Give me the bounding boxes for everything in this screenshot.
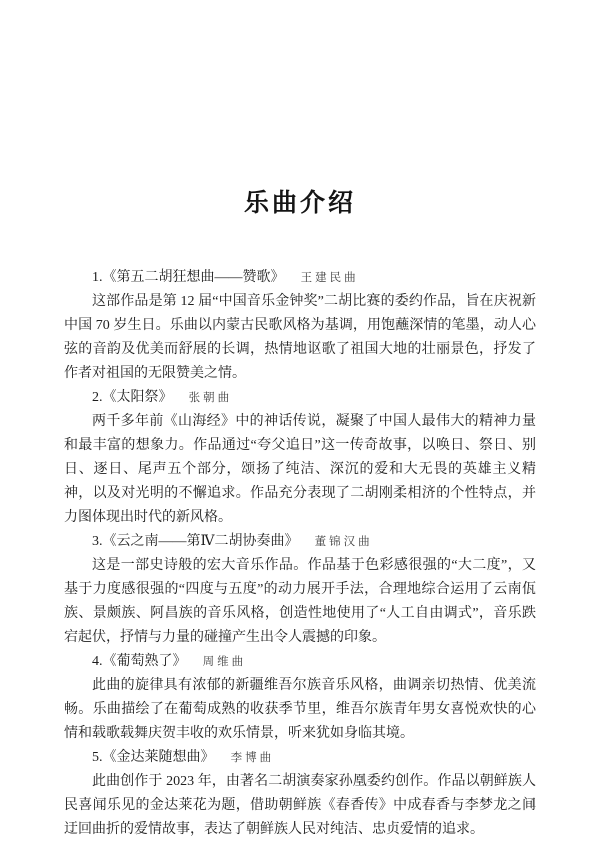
section-2: 2.《太阳祭》张朝曲 两千多年前《山海经》中的神话传说，凝聚了中国人最伟大的精神…: [64, 386, 536, 530]
section-1: 1.《第五二胡狂想曲——赞歌》王建民曲 这部作品是第 12 届“中国音乐金钟奖”…: [64, 266, 536, 386]
section-heading-line: 1.《第五二胡狂想曲——赞歌》王建民曲: [64, 266, 536, 290]
composer-credit: 周维曲: [203, 656, 247, 668]
section-title: 2.《太阳祭》: [92, 390, 173, 405]
section-title: 5.《金达莱随想曲》: [92, 750, 215, 765]
composer-credit: 李博曲: [231, 752, 275, 764]
composer-credit: 张朝曲: [189, 392, 233, 404]
section-heading-line: 5.《金达莱随想曲》李博曲: [64, 746, 536, 770]
section-3: 3.《云之南——第Ⅳ二胡协奏曲》董锦汉曲 这是一部史诗般的宏大音乐作品。作品基于…: [64, 530, 536, 650]
section-heading-line: 2.《太阳祭》张朝曲: [64, 386, 536, 410]
document-page: 乐曲介绍 1.《第五二胡狂想曲——赞歌》王建民曲 这部作品是第 12 届“中国音…: [0, 0, 600, 848]
page-number: 1: [530, 795, 537, 811]
section-body: 此曲的旋律具有浓郁的新疆维吾尔族音乐风格，曲调亲切热情、优美流畅。乐曲描绘了在葡…: [64, 674, 536, 746]
section-title: 4.《葡萄熟了》: [92, 654, 187, 669]
page-title: 乐曲介绍: [0, 183, 600, 219]
section-title: 1.《第五二胡狂想曲——赞歌》: [92, 270, 285, 285]
section-title: 3.《云之南——第Ⅳ二胡协奏曲》: [92, 534, 299, 549]
section-4: 4.《葡萄熟了》周维曲 此曲的旋律具有浓郁的新疆维吾尔族音乐风格，曲调亲切热情、…: [64, 650, 536, 746]
section-heading-line: 3.《云之南——第Ⅳ二胡协奏曲》董锦汉曲: [64, 530, 536, 554]
section-body: 此曲创作于 2023 年，由著名二胡演奏家孙凰委约创作。作品以朝鲜族人民喜闻乐见…: [64, 770, 536, 842]
section-5: 5.《金达莱随想曲》李博曲 此曲创作于 2023 年，由著名二胡演奏家孙凰委约创…: [64, 746, 536, 842]
section-body: 这是一部史诗般的宏大音乐作品。作品基于色彩感很强的“大二度”，又基于力度感很强的…: [64, 554, 536, 650]
section-body: 这部作品是第 12 届“中国音乐金钟奖”二胡比赛的委约作品，旨在庆祝新中国 70…: [64, 290, 536, 386]
composer-credit: 王建民曲: [301, 272, 359, 284]
section-body: 两千多年前《山海经》中的神话传说，凝聚了中国人最伟大的精神力量和最丰富的想象力。…: [64, 410, 536, 530]
page-content: 1.《第五二胡狂想曲——赞歌》王建民曲 这部作品是第 12 届“中国音乐金钟奖”…: [64, 266, 536, 842]
section-heading-line: 4.《葡萄熟了》周维曲: [64, 650, 536, 674]
composer-credit: 董锦汉曲: [315, 536, 373, 548]
